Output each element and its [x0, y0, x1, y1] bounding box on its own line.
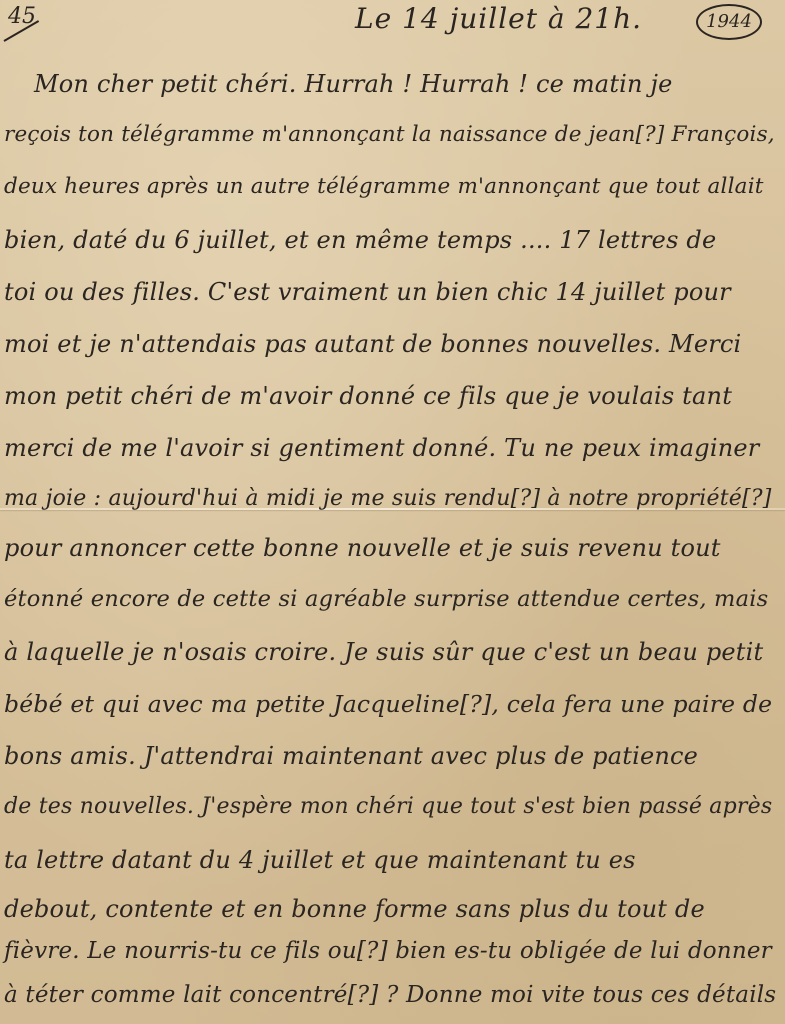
letter-line: bien, daté du 6 juillet, et en même temp… — [4, 226, 775, 254]
letter-line: deux heures après un autre télégramme m'… — [4, 174, 775, 199]
date-heading: Le 14 juillet à 21h. — [355, 2, 642, 35]
letter-line: Mon cher petit chéri. Hurrah ! Hurrah ! … — [34, 70, 775, 98]
letter-line: fièvre. Le nourris-tu ce fils ou[?] bien… — [4, 938, 775, 964]
year-circled: 1944 — [696, 4, 762, 40]
letter-line: à téter comme lait concentré[?] ? Donne … — [4, 982, 775, 1008]
letter-line: toi ou des filles. C'est vraiment un bie… — [4, 278, 775, 306]
letter-line: bébé et qui avec ma petite Jacqueline[?]… — [4, 690, 775, 718]
letter-line: bons amis. J'attendrai maintenant avec p… — [4, 742, 775, 770]
letter-line: moi et je n'attendais pas autant de bonn… — [4, 330, 775, 358]
letter-line: debout, contente et en bonne forme sans … — [4, 895, 775, 923]
letter-line: étonné encore de cette si agréable surpr… — [4, 586, 775, 612]
letter-line: de tes nouvelles. J'espère mon chéri que… — [4, 794, 775, 819]
letter-line: ma joie : aujourd'hui à midi je me suis … — [4, 486, 775, 511]
letter-line: à laquelle je n'osais croire. Je suis sû… — [4, 638, 775, 666]
letter-line: reçois ton télégramme m'annonçant la nai… — [4, 122, 775, 147]
letter-line: mon petit chéri de m'avoir donné ce fils… — [4, 382, 775, 410]
letter-line: ta lettre datant du 4 juillet et que mai… — [4, 846, 775, 874]
letter-line: merci de me l'avoir si gentiment donné. … — [4, 434, 775, 462]
letter-line: pour annoncer cette bonne nouvelle et je… — [4, 534, 775, 562]
